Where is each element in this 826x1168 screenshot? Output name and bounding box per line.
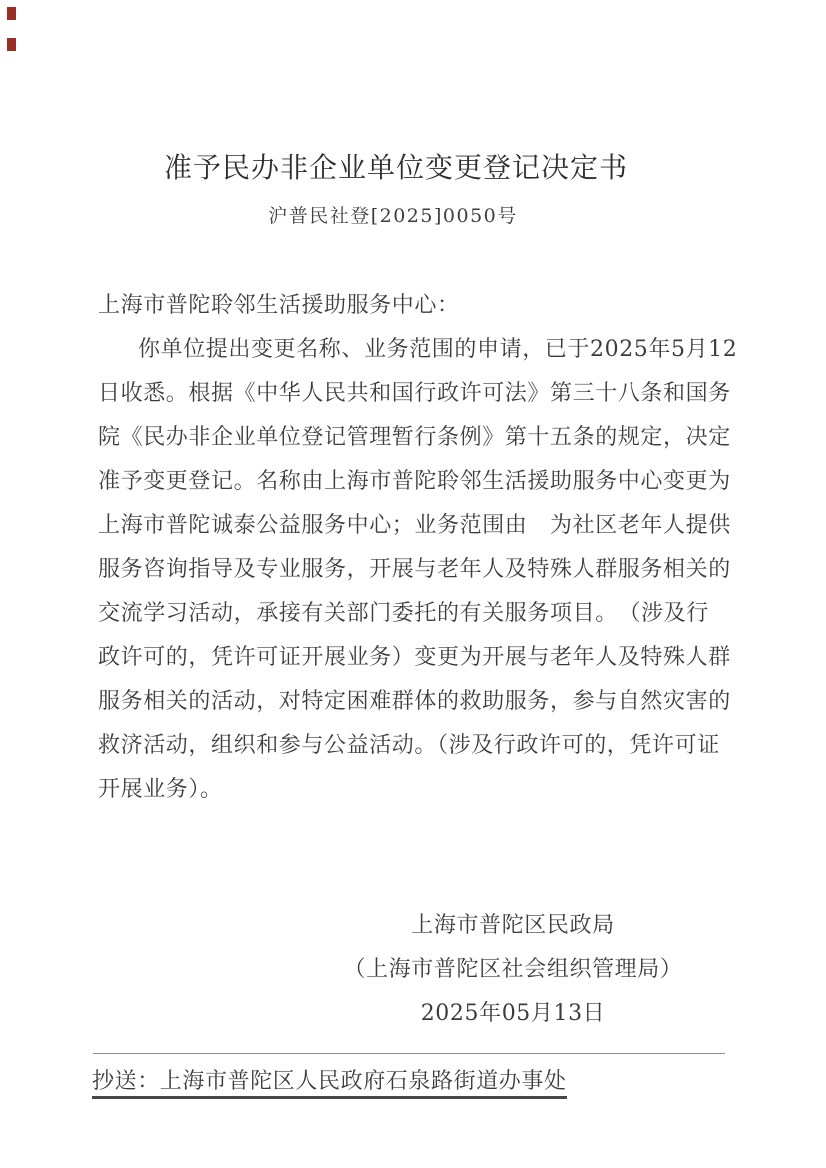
document-title: 准予民办非企业单位变更登记决定书 xyxy=(0,146,809,186)
body-line: 服务咨询指导及专业服务，开展与老年人及特殊人群服务相关的 xyxy=(98,548,758,592)
body-line: 交流学习活动，承接有关部门委托的有关服务项目。 （涉及行 xyxy=(98,592,758,636)
body-line: 上海市普陀诚泰公益服务中心；业务范围由 为社区老年人提供 xyxy=(98,504,758,548)
body-line: 院《民办非企业单位登记管理暂行条例》第十五条的规定，决定 xyxy=(98,416,758,460)
cc-text: 抄送：上海市普陀区人民政府石泉路街道办事处 xyxy=(92,1064,567,1099)
issuing-authority: 上海市普陀区民政局 xyxy=(200,904,826,948)
document-body: 上海市普陀聆邻生活援助服务中心： 你单位提出变更名称、业务范围的申请，已于202… xyxy=(98,284,758,812)
body-line: 政许可的，凭许可证开展业务）变更为开展与老年人及特殊人群 xyxy=(98,636,758,680)
body-line: 救济活动，组织和参与公益活动。（涉及行政许可的，凭许可证 xyxy=(98,724,758,768)
red-scan-mark-bottom xyxy=(7,38,16,51)
footer-divider xyxy=(93,1053,725,1054)
issue-date: 2025年05月13日 xyxy=(200,992,826,1036)
body-line: 开展业务）。 xyxy=(98,768,758,812)
signature-block: 上海市普陀区民政局 （上海市普陀区社会组织管理局） 2025年05月13日 xyxy=(200,904,826,1036)
issuing-authority-alt: （上海市普陀区社会组织管理局） xyxy=(200,948,826,992)
addressee-line: 上海市普陀聆邻生活援助服务中心： xyxy=(98,284,758,328)
red-scan-mark-top xyxy=(7,7,16,20)
document-page: 准予民办非企业单位变更登记决定书 沪普民社登[2025]0050号 上海市普陀聆… xyxy=(0,0,826,1168)
body-line: 服务相关的活动，对特定困难群体的救助服务，参与自然灾害的 xyxy=(98,680,758,724)
document-number: 沪普民社登[2025]0050号 xyxy=(0,201,806,228)
cc-line: 抄送：上海市普陀区人民政府石泉路街道办事处 xyxy=(92,1064,567,1099)
body-line: 准予变更登记。名称由上海市普陀聆邻生活援助服务中心变更为 xyxy=(98,460,758,504)
body-line: 日收悉。根据《中华人民共和国行政许可法》第三十八条和国务 xyxy=(98,372,758,416)
body-line: 你单位提出变更名称、业务范围的申请，已于2025年5月12 xyxy=(98,328,758,372)
